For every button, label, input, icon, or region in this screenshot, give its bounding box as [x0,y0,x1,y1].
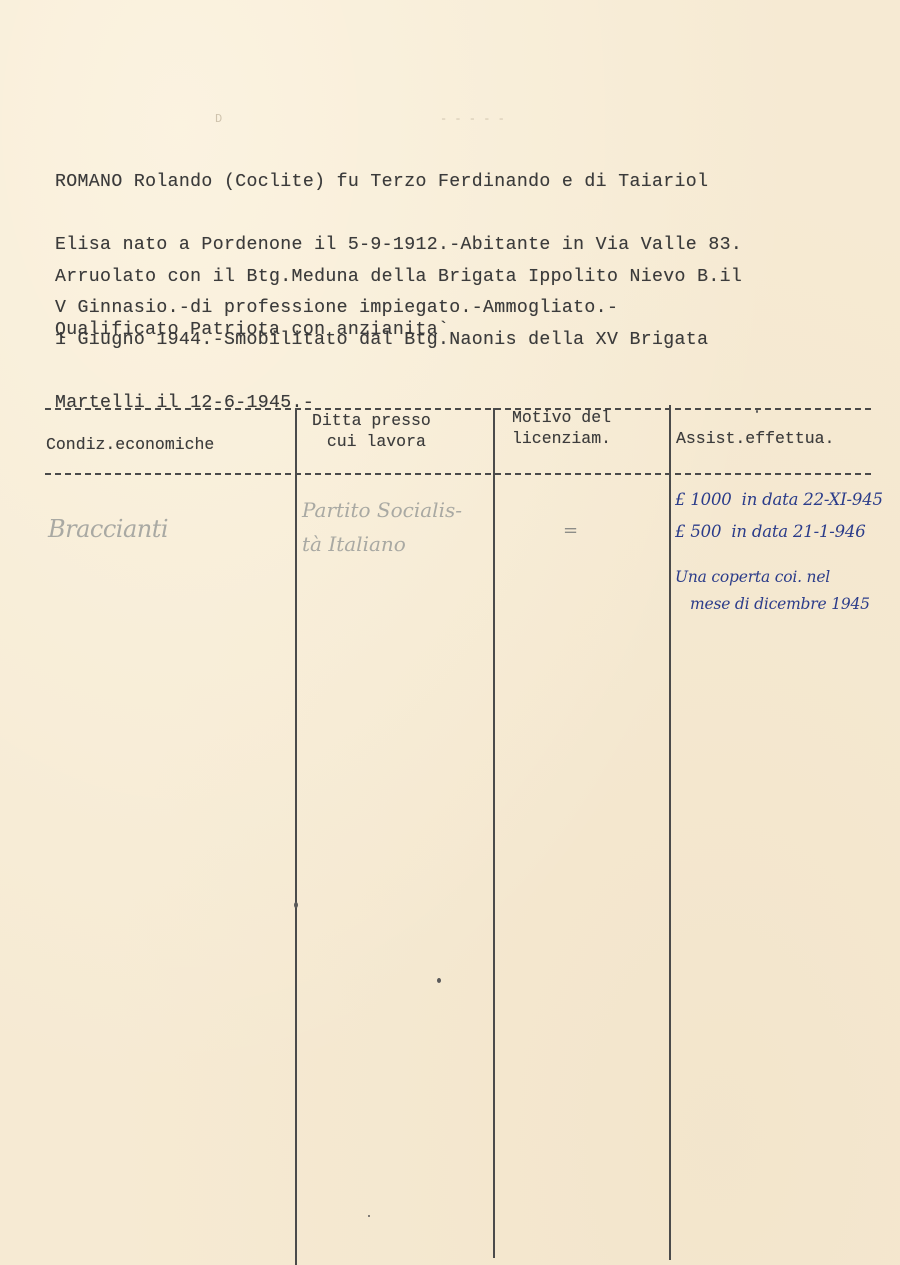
assistance-entry: £ 500 in data 21-1-946 [675,522,866,541]
qualification-line: Qualificato Patriota con anzianita` [55,320,449,341]
column-divider [669,405,671,1260]
cell-condiz-economiche: Braccianti [48,515,168,543]
table-top-rule [45,408,871,410]
table-header-rule [45,473,871,475]
header-condiz-economiche: Condiz.economiche [46,434,214,455]
header-motivo-licenziamento: Motivo del licenziam. [512,407,611,449]
column-divider [295,410,297,1265]
paper-speck [368,1215,370,1217]
assistance-entry: £ 1000 in data 22-XI-945 [675,490,883,509]
column-divider [493,408,495,1258]
assistance-entry: Una coperta coi. nel [675,568,830,586]
paper-speck [756,410,758,413]
assistance-entry: mese di dicembre 1945 [690,595,870,613]
cell-motivo: = [563,520,578,541]
paper-speck [437,978,441,983]
bio-line: ROMANO Rolando (Coclite) fu Terzo Ferdin… [55,172,742,193]
faint-mark: - - - - - [440,112,505,126]
service-line: Arruolato con il Btg.Meduna della Brigat… [55,267,742,288]
cell-ditta: Partito Socialis- tà Italiano [302,493,462,561]
header-ditta: Ditta presso cui lavora [312,410,431,452]
paper-speck [294,902,298,908]
faint-mark: D [215,112,222,126]
header-assistenza: Assist.effettua. [676,428,834,449]
